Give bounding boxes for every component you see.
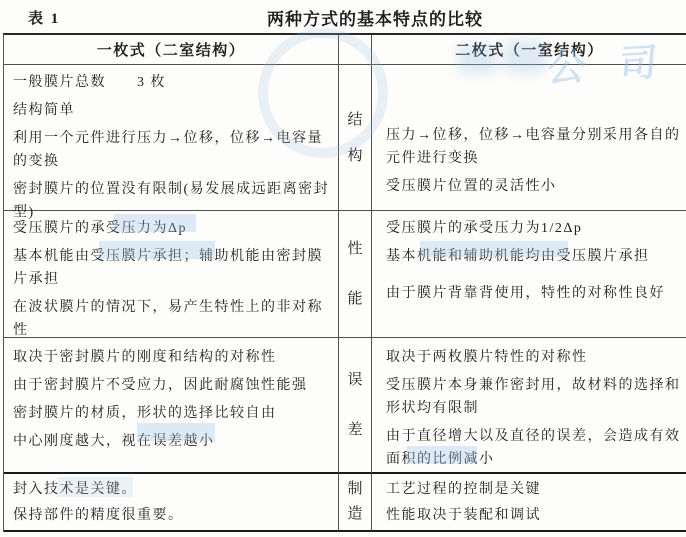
header-cell-middle: [338, 35, 372, 65]
text-paragraph: 基本机能由受压膜片承担；辅助机能由密封膜片承担: [13, 245, 334, 291]
text-paragraph: 受压膜片本身兼作密封用，故材料的选择和形状均有限制: [386, 374, 681, 420]
category-cell-error: 误差: [338, 338, 372, 474]
category-label: 性能: [347, 224, 363, 324]
cell-manufacturing-left: 封入技术是关键。保持部件的精度很重要。: [4, 474, 338, 532]
cell-performance-right: 受压膜片的承受压力为1/2Δp基本机能和辅助机能均由受压膜片承担由于膜片背靠背使…: [372, 211, 686, 338]
text-paragraph: 工艺过程的控制是关键: [386, 478, 681, 501]
text-paragraph: 受压膜片位置的灵活性小: [386, 175, 681, 198]
category-label: 误差: [347, 355, 363, 455]
category-cell-structure: 结构: [338, 65, 372, 211]
cell-performance-left: 受压膜片的承受压力为Δp基本机能由受压膜片承担；辅助机能由密封膜片承担在波状膜片…: [4, 211, 338, 338]
text-paragraph: 性能取决于装配和调试: [386, 504, 681, 527]
header-cell-left: 一枚式（二室结构）: [4, 35, 338, 65]
cell-error-right: 取决于两枚膜片特性的对称性受压膜片本身兼作密封用，故材料的选择和形状均有限制由于…: [372, 338, 686, 474]
text-paragraph: 一般膜片总数 3 枚: [13, 71, 334, 94]
category-cell-performance: 性能: [338, 211, 372, 338]
text-paragraph: 中心刚度越大，视在误差越小: [13, 430, 334, 453]
cell-manufacturing-right: 工艺过程的控制是关键性能取决于装配和调试: [372, 474, 686, 532]
text-paragraph: 结构简单: [13, 99, 334, 122]
category-cell-manufacturing: 制造: [338, 474, 372, 532]
text-paragraph: 密封膜片的材质，形状的选择比较自由: [13, 402, 334, 425]
scanned-document-page: 表 1 两种方式的基本特点的比较 一枚式（二室结构） 二枚式（一室结构） 一般膜…: [0, 0, 686, 537]
text-paragraph: 利用一个元件进行压力→位移，位移→电容量的变换: [13, 127, 334, 173]
table-number-label: 表 1: [28, 7, 60, 28]
text-paragraph: 由于密封膜片不受应力，因此耐腐蚀性能强: [13, 374, 334, 397]
cell-structure-left: 一般膜片总数 3 枚结构简单利用一个元件进行压力→位移，位移→电容量的变换密封膜…: [4, 65, 338, 211]
cell-structure-right: 压力→位移，位移→电容量分别采用各自的元件进行变换受压膜片位置的灵活性小: [372, 65, 686, 211]
text-paragraph: 保持部件的精度很重要。: [13, 504, 334, 527]
text-paragraph: 由于直径增大以及直径的误差，会造成有效面积的比例减小: [386, 425, 681, 471]
text-paragraph: 取决于密封膜片的刚度和结构的对称性: [13, 346, 334, 369]
text-paragraph: 由于膜片背靠背使用，特性的对称性良好: [386, 282, 681, 305]
text-paragraph: 受压膜片的承受压力为1/2Δp: [386, 217, 681, 240]
comparison-table: 一枚式（二室结构） 二枚式（一室结构） 一般膜片总数 3 枚结构简单利用一个元件…: [3, 33, 686, 532]
text-paragraph: 压力→位移，位移→电容量分别采用各自的元件进行变换: [386, 124, 681, 170]
category-label: 制造: [347, 477, 363, 527]
text-paragraph: 受压膜片的承受压力为Δp: [13, 217, 334, 240]
text-paragraph: 封入技术是关键。: [13, 478, 334, 501]
text-paragraph: 基本机能和辅助机能均由受压膜片承担: [386, 245, 681, 268]
header-cell-right: 二枚式（一室结构）: [372, 35, 686, 65]
text-paragraph: 在波状膜片的情况下，易产生特性上的非对称性: [13, 296, 334, 342]
cell-error-left: 取决于密封膜片的刚度和结构的对称性由于密封膜片不受应力，因此耐腐蚀性能强密封膜片…: [4, 338, 338, 474]
text-paragraph: 取决于两枚膜片特性的对称性: [386, 346, 681, 369]
page-title: 两种方式的基本特点的比较: [230, 5, 520, 30]
category-label: 结构: [347, 102, 363, 174]
